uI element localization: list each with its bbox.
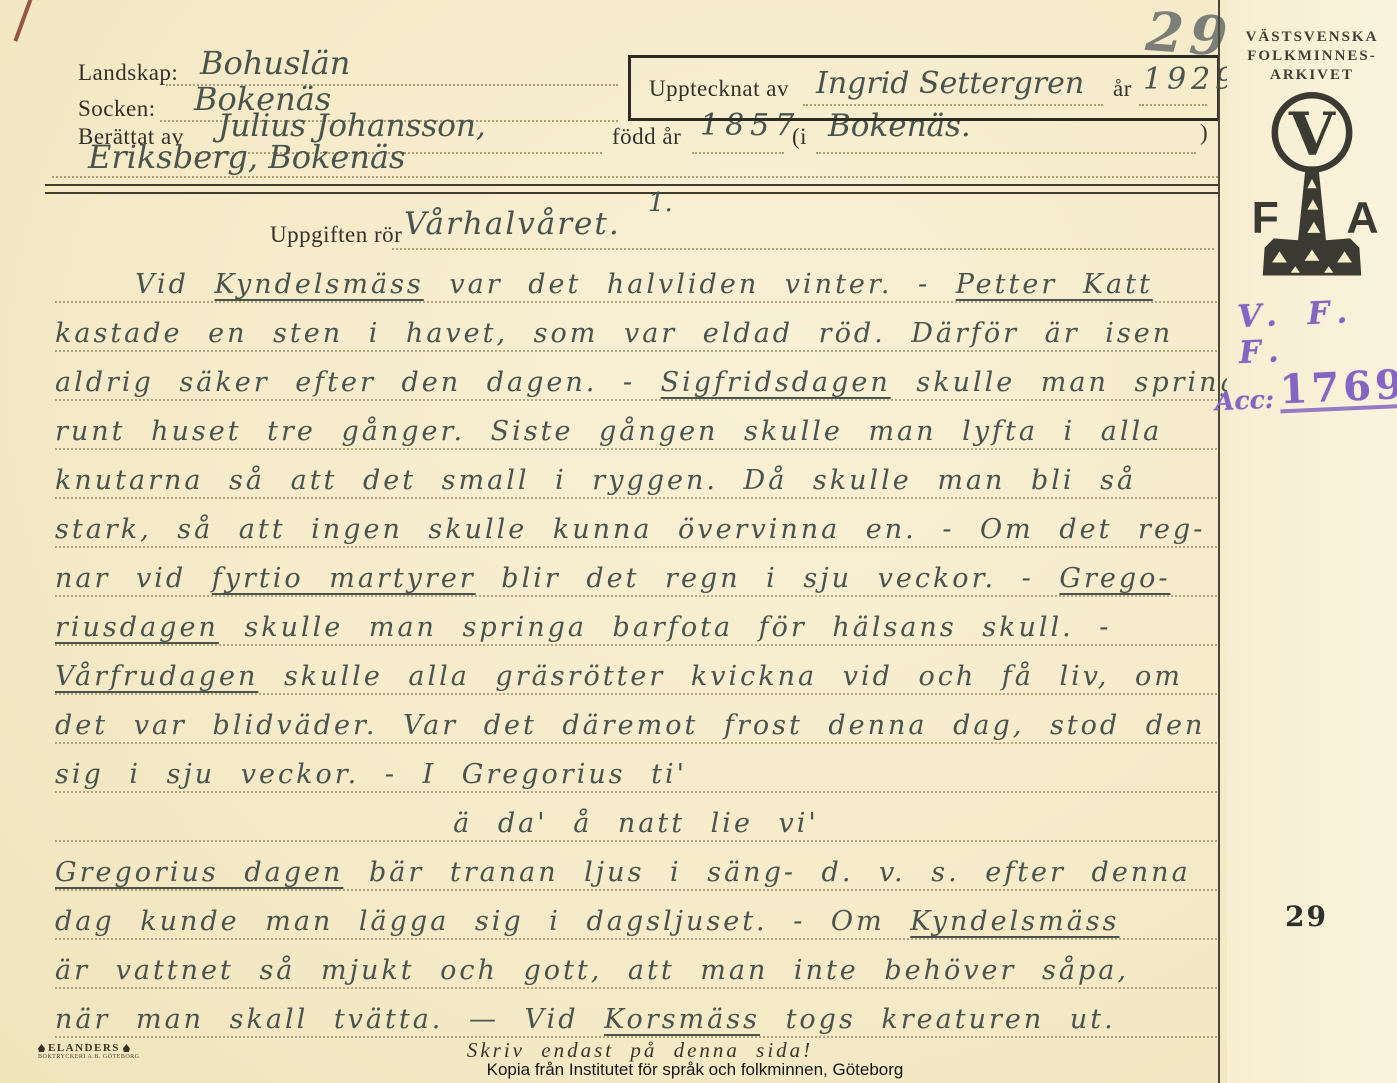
field-label-landskap: Landskap: <box>78 60 178 86</box>
dotted-rule <box>392 248 1214 250</box>
svg-text:V: V <box>1288 100 1336 170</box>
handwriting-line: när man skall tvätta. — Vid Korsmäss tog… <box>55 989 1217 1038</box>
handwritten-text: är vattnet så mjukt och gott, att man in… <box>55 955 1129 986</box>
paren-close: ) <box>1200 120 1208 146</box>
handwritten-text: Vid <box>135 269 215 300</box>
handwritten-text: aldrig säker efter den dagen. - <box>55 367 661 398</box>
printer-name-row: ELANDERS <box>38 1042 140 1054</box>
printer-subline: BOKTRYCKERI A.B. GÖTEBORG <box>38 1054 140 1060</box>
box-label-ar: år <box>1113 76 1132 102</box>
handwritten-text: runt huset tre gånger. Siste gången skul… <box>55 416 1162 447</box>
dotted-rule <box>52 176 1218 178</box>
handwriting-line: Gregorius dagen bär tranan ljus i säng- … <box>55 842 1217 891</box>
handwriting-line: Vid Kyndelsmäss var det halvliden vinter… <box>55 254 1217 303</box>
handwritten-text: knutarna så att det small i ryggen. Då s… <box>55 465 1136 496</box>
field-value-adress: Eriksberg, Bokenäs <box>88 138 405 176</box>
paren-open-i: (i <box>792 124 807 150</box>
underlined-handwritten-phrase: Vårfrudagen <box>55 661 258 692</box>
handwritten-text: nar vid <box>55 563 212 594</box>
upptecknat-box: Upptecknat av Ingrid Settergren år 1929 <box>628 55 1220 121</box>
box-value-recorder: Ingrid Settergren <box>816 66 1084 101</box>
handwriting-line: Vårfrudagen skulle alla gräsrötter kvick… <box>55 646 1217 695</box>
field-label-fodd-ar: född år <box>612 124 681 150</box>
printer-ornament-icon <box>123 1044 130 1052</box>
handwriting-lines: Vid Kyndelsmäss var det halvliden vinter… <box>55 254 1217 1038</box>
handwriting-line: är vattnet så mjukt och gott, att man in… <box>55 940 1217 989</box>
handwriting-line: sig i sju veckor. - I Gregorius ti' <box>55 744 1217 793</box>
stamp-org-initials: V. F. F. <box>1211 292 1397 372</box>
title-label: Uppgiften rör <box>270 222 402 248</box>
handwriting-line: dag kunde man lägga sig i dagsljuset. - … <box>55 891 1217 940</box>
field-label-socken: Socken: <box>78 96 156 122</box>
archive-name: VÄSTSVENSKA FOLKMINNES- ARKIVET <box>1227 28 1397 84</box>
handwriting-line: nar vid fyrtio martyrer blir det regn i … <box>55 548 1217 597</box>
underlined-handwritten-phrase: Korsmäss <box>604 1004 760 1035</box>
svg-text:F: F <box>1252 194 1279 243</box>
handwritten-text: när man skall tvätta. — Vid <box>55 1004 604 1035</box>
handwritten-text: var det halvliden vinter. - <box>424 269 956 300</box>
handwriting-line: stark, så att ingen skulle kunna övervin… <box>55 499 1217 548</box>
handwritten-text: kastade en sten i havet, som var eldad r… <box>55 318 1173 349</box>
scan-artifact <box>0 0 33 42</box>
archive-name-line1: VÄSTSVENSKA <box>1227 28 1397 47</box>
archive-name-line2: FOLKMINNES- <box>1227 47 1397 66</box>
handwritten-text: stark, så att ingen skulle kunna övervin… <box>55 514 1205 545</box>
printer-name: ELANDERS <box>48 1042 120 1054</box>
svg-text:A: A <box>1346 194 1378 243</box>
handwritten-text: ä da' å natt lie vi' <box>453 808 819 839</box>
archive-margin: VÄSTSVENSKA FOLKMINNES- ARKIVET V F A <box>1227 0 1397 1083</box>
section-marker: 1. <box>648 188 673 218</box>
handwritten-text: togs kreaturen ut. <box>760 1004 1116 1035</box>
handwriting-line: riusdagen skulle man springa barfota för… <box>55 597 1217 646</box>
handwriting-line: det var blidväder. Var det däremot frost… <box>55 695 1217 744</box>
underlined-handwritten-phrase: Kyndelsmäss <box>910 906 1119 937</box>
dotted-rule <box>816 152 1196 154</box>
handwriting-line: knutarna så att det small i ryggen. Då s… <box>55 450 1217 499</box>
archive-logo-thors-hammer-icon: V F A <box>1242 86 1382 296</box>
stamp-acc-label: Acc: <box>1214 385 1274 417</box>
handwritten-text: blir det regn i sju veckor. - <box>476 563 1060 594</box>
handwriting-line: aldrig säker efter den dagen. - Sigfrids… <box>55 352 1217 401</box>
underlined-handwritten-phrase: riusdagen <box>55 612 219 643</box>
underlined-handwritten-phrase: Gregorius dagen <box>55 857 343 888</box>
handwritten-text: sig i sju veckor. - I Gregorius ti' <box>55 759 687 790</box>
handwritten-text: skulle man springa <box>891 367 1259 398</box>
copy-attribution: Kopia från Institutet för språk och folk… <box>487 1060 904 1080</box>
dotted-rule <box>1139 104 1207 106</box>
handwriting-line: runt huset tre gånger. Siste gången skul… <box>55 401 1217 450</box>
handwriting-line: ä da' å natt lie vi' <box>55 793 1217 842</box>
archive-name-line3: ARKIVET <box>1227 66 1397 85</box>
handwritten-text: skulle alla gräsrötter kvickna vid och f… <box>258 661 1182 692</box>
header-divider <box>45 184 1218 194</box>
dotted-rule <box>692 152 784 154</box>
handwritten-text: bär tranan ljus i säng- d. v. s. efter d… <box>343 857 1190 888</box>
accession-stamp: V. F. F. Acc: 1769 <box>1211 292 1397 416</box>
handwriting-line: kastade en sten i havet, som var eldad r… <box>55 303 1217 352</box>
box-label-upptecknat: Upptecknat av <box>649 76 789 102</box>
dotted-rule <box>803 104 1103 106</box>
stamp-acc-number: 1769 <box>1279 366 1397 414</box>
underlined-handwritten-phrase: Petter Katt <box>956 269 1153 300</box>
margin-page-number: 29 <box>1285 900 1328 933</box>
underlined-handwritten-phrase: Sigfridsdagen <box>661 367 891 398</box>
handwritten-text: det var blidväder. Var det däremot frost… <box>55 710 1205 741</box>
archive-record-page: Landskap: Bohuslän Socken: Bokenäs Berät… <box>0 0 1397 1083</box>
field-value-landskap: Bohuslän <box>200 44 350 82</box>
printer-ornament-icon <box>38 1044 45 1052</box>
underlined-handwritten-phrase: Kyndelsmäss <box>215 269 424 300</box>
handwritten-text: dag kunde man lägga sig i dagsljuset. - … <box>55 906 910 937</box>
handwritten-text: skulle man springa barfota för hälsans s… <box>219 612 1112 643</box>
underlined-handwritten-phrase: Grego- <box>1059 563 1170 594</box>
printer-mark: ELANDERS BOKTRYCKERI A.B. GÖTEBORG <box>38 1042 140 1060</box>
title-value: Vårhalvåret. <box>404 206 621 242</box>
underlined-handwritten-phrase: fyrtio martyrer <box>212 563 476 594</box>
